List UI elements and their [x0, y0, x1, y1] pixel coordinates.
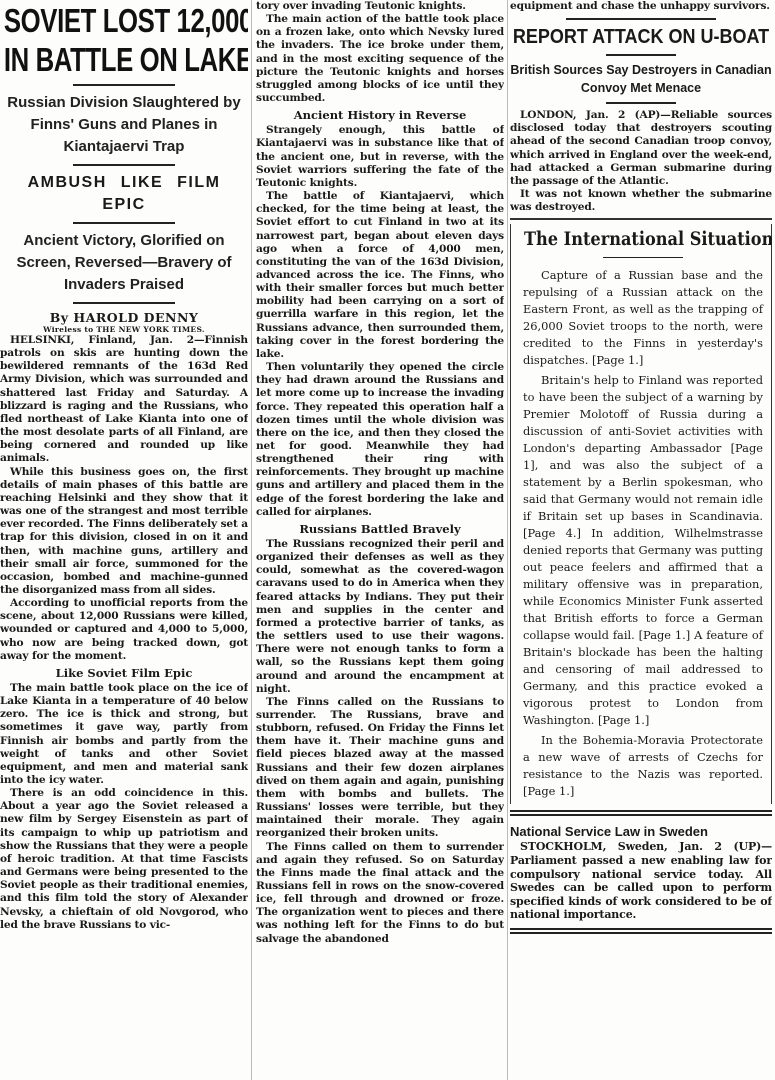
deck-1: Russian Division Slaughtered by Finns' G… — [0, 92, 248, 158]
main-headline-line2: IN BATTLE ON LAKE — [4, 41, 244, 78]
divider — [73, 164, 175, 166]
column-1: SOVIET LOST 12,000 IN BATTLE ON LAKE Rus… — [0, 0, 248, 932]
subhead: Ancient History in Reverse — [256, 108, 504, 122]
summary-paragraph: Britain's help to Finland was reported t… — [523, 372, 763, 729]
wire-credit: Wireless to THE NEW YORK TIMES. — [0, 325, 248, 334]
divider — [606, 54, 676, 56]
byline: By HAROLD DENNY — [0, 310, 248, 325]
column-3: equipment and chase the unhappy survivor… — [510, 0, 772, 940]
column-rule — [507, 0, 508, 1080]
divider — [73, 222, 175, 224]
sweden-article: National Service Law in Sweden STOCKHOLM… — [510, 824, 772, 922]
uboat-headline: REPORT ATTACK ON U-BOAT — [512, 25, 769, 49]
article-paragraph: The battle of Kiantajaervi, which checke… — [256, 190, 504, 361]
newspaper-page: SOVIET LOST 12,000 IN BATTLE ON LAKE Rus… — [0, 0, 775, 1080]
article-paragraph: The Finns called on them to surrender an… — [256, 841, 504, 946]
sweden-headline: National Service Law in Sweden — [510, 824, 772, 840]
summary-paragraph: Capture of a Russian base and the repuls… — [523, 267, 763, 369]
double-rule — [510, 810, 772, 816]
uboat-deck: British Sources Say Destroyers in Canadi… — [510, 61, 772, 97]
article-paragraph: The Russians recognized their peril and … — [256, 538, 504, 696]
divider — [510, 218, 772, 220]
international-situation-box: The International Situation Capture of a… — [510, 224, 772, 804]
divider — [73, 302, 175, 304]
deck-2: AMBUSH LIKE FILM EPIC — [0, 172, 248, 216]
article-paragraph: STOCKHOLM, Sweden, Jan. 2 (UP)—Parliamen… — [510, 840, 772, 922]
article-paragraph: LONDON, Jan. 2 (AP)—Reliable sources dis… — [510, 109, 772, 188]
article-paragraph: While this business goes on, the first d… — [0, 466, 248, 598]
column-rule — [251, 0, 252, 1080]
article-paragraph: Strangely enough, this battle of Kiantaj… — [256, 124, 504, 190]
subhead: Russians Battled Bravely — [256, 522, 504, 536]
article-paragraph: The main action of the battle took place… — [256, 13, 504, 105]
column-2: tory over invading Teutonic knights. The… — [256, 0, 504, 946]
article-paragraph: equipment and chase the unhappy survivor… — [510, 0, 772, 13]
divider — [603, 257, 683, 258]
article-paragraph: According to unofficial reports from the… — [0, 597, 248, 663]
article-paragraph: It was not known whether the submarine w… — [510, 188, 772, 214]
double-rule — [510, 928, 772, 934]
article-paragraph: tory over invading Teutonic knights. — [256, 0, 504, 13]
divider — [606, 102, 676, 104]
main-headline-line1: SOVIET LOST 12,000 — [4, 2, 244, 39]
article-paragraph: The Finns called on the Russians to surr… — [256, 696, 504, 841]
article-paragraph: There is an odd coincidence in this. Abo… — [0, 787, 248, 932]
box-title: The International Situation — [524, 226, 762, 252]
divider — [566, 18, 716, 20]
subhead: Like Soviet Film Epic — [0, 666, 248, 680]
article-paragraph: Then voluntarily they opened the circle … — [256, 361, 504, 519]
article-paragraph: HELSINKI, Finland, Jan. 2—Finnish patrol… — [0, 334, 248, 466]
deck-3: Ancient Victory, Glorified on Screen, Re… — [0, 230, 248, 296]
article-paragraph: The main battle took place on the ice of… — [0, 682, 248, 787]
summary-paragraph: In the Bohemia-Moravia Protectorate a ne… — [523, 732, 763, 800]
divider — [73, 84, 175, 86]
